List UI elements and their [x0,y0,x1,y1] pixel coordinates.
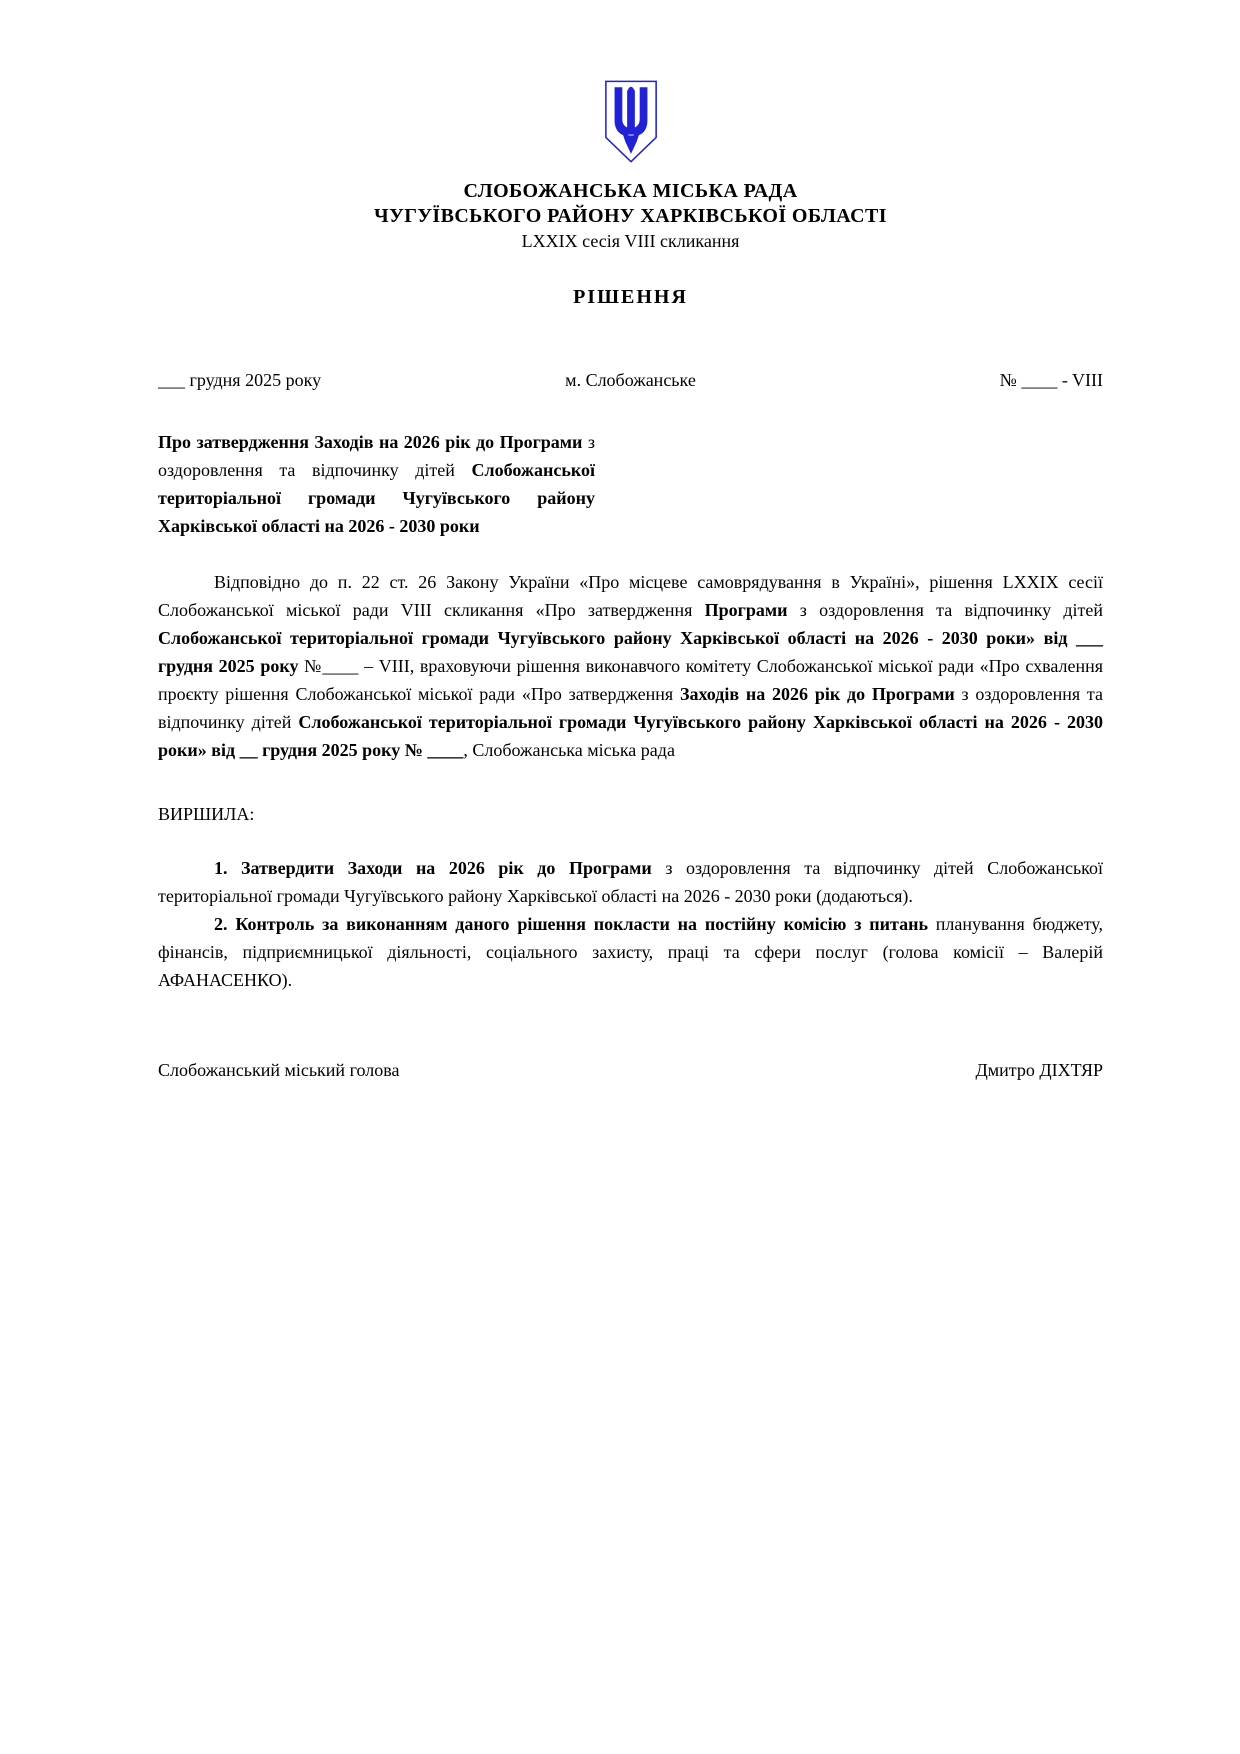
preamble-paragraph: Відповідно до п. 22 ст. 26 Закону Україн… [158,568,1103,764]
decision-item-2: 2. Контроль за виконанням даного рішення… [158,910,1103,994]
meta-row: ___ грудня 2025 року м. Слобожанське № _… [158,366,1103,394]
session-line: LXXIX сесія VIII скликання [158,229,1103,253]
decision-item-1: 1. Затвердити Заходи на 2026 рік до Прог… [158,854,1103,910]
subject-block: Про затвердження Заходів на 2026 рік до … [158,428,595,540]
date-blank: ___ грудня 2025 року [158,366,321,394]
decision-items: 1. Затвердити Заходи на 2026 рік до Прог… [158,854,1103,994]
ukraine-trident-icon [601,78,661,171]
signer-position: Слобожанський міський голова [158,1056,400,1084]
council-name: СЛОБОЖАНСЬКА МІСЬКА РАДА [158,179,1103,204]
document-page: СЛОБОЖАНСЬКА МІСЬКА РАДА ЧУГУЇВСЬКОГО РА… [0,0,1240,1754]
signature-row: Слобожанський міський голова Дмитро ДІХТ… [158,1056,1103,1084]
signer-name: Дмитро ДІХТЯР [976,1056,1104,1084]
resolution-word: ВИРШИЛА: [158,800,1103,828]
document-type-title: РІШЕННЯ [158,285,1103,310]
council-region: ЧУГУЇВСЬКОГО РАЙОНУ ХАРКІВСЬКОЇ ОБЛАСТІ [158,204,1103,229]
doc-number: № ____ - VIII [1000,366,1103,394]
place-name: м. Слобожанське [565,366,696,394]
